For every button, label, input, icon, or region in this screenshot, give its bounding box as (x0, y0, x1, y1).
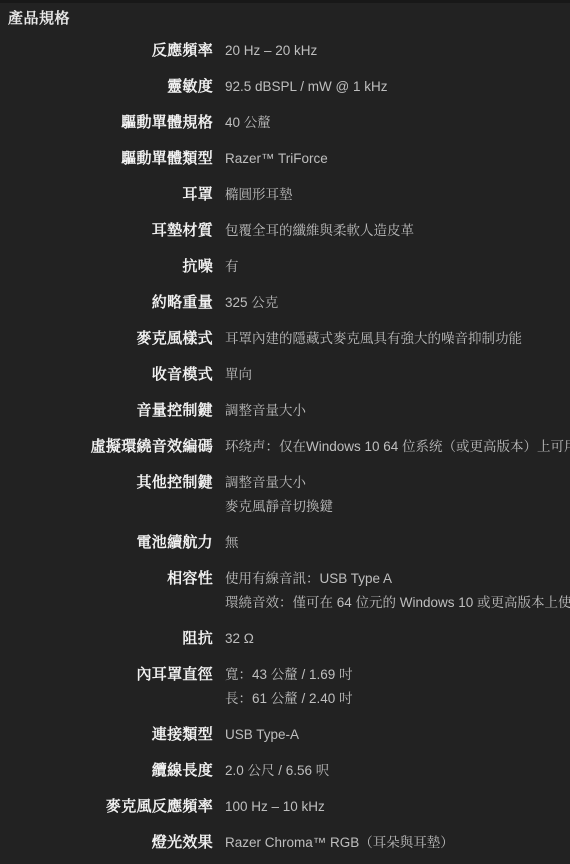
spec-value: 包覆全耳的纖維與柔軟人造皮革 (225, 219, 570, 243)
spec-row: 纜線長度 2.0 公尺 / 6.56 呎 (0, 759, 570, 783)
spec-value: 环绕声：仅在Windows 10 64 位系统（或更高版本）上可用 (225, 435, 570, 459)
spec-value: 單向 (225, 363, 570, 387)
spec-table: 反應頻率 20 Hz – 20 kHz 靈敏度 92.5 dBSPL / mW … (0, 39, 570, 855)
spec-value-line: Razer™ TriForce (225, 147, 570, 171)
spec-row: 收音模式 單向 (0, 363, 570, 387)
spec-value: 寬：43 公釐 / 1.69 吋長：61 公釐 / 2.40 吋 (225, 663, 570, 711)
spec-row: 虛擬環繞音效編碼 环绕声：仅在Windows 10 64 位系统（或更高版本）上… (0, 435, 570, 459)
spec-label: 音量控制鍵 (0, 399, 213, 423)
spec-row: 其他控制鍵 調整音量大小麥克風靜音切換鍵 (0, 471, 570, 519)
spec-label: 其他控制鍵 (0, 471, 213, 519)
spec-label: 電池續航力 (0, 531, 213, 555)
spec-label: 麥克風反應頻率 (0, 795, 213, 819)
spec-value-line: 325 公克 (225, 291, 570, 315)
spec-value: 325 公克 (225, 291, 570, 315)
spec-value: 橢圓形耳墊 (225, 183, 570, 207)
spec-row: 麥克風反應頻率 100 Hz – 10 kHz (0, 795, 570, 819)
spec-label: 耳罩 (0, 183, 213, 207)
spec-value-line: 使用有線音訊：USB Type A (225, 567, 570, 591)
spec-row: 內耳罩直徑 寬：43 公釐 / 1.69 吋長：61 公釐 / 2.40 吋 (0, 663, 570, 711)
spec-value-line: 橢圓形耳墊 (225, 183, 570, 207)
spec-row: 相容性 使用有線音訊：USB Type A環繞音效：僅可在 64 位元的 Win… (0, 567, 570, 615)
spec-value-line: 100 Hz – 10 kHz (225, 795, 570, 819)
spec-value: USB Type-A (225, 723, 570, 747)
spec-row: 音量控制鍵 調整音量大小 (0, 399, 570, 423)
product-specs-section: 產品規格 反應頻率 20 Hz – 20 kHz 靈敏度 92.5 dBSPL … (0, 3, 570, 855)
spec-label: 相容性 (0, 567, 213, 615)
spec-label: 內耳罩直徑 (0, 663, 213, 711)
spec-row: 連接類型 USB Type-A (0, 723, 570, 747)
spec-label: 收音模式 (0, 363, 213, 387)
spec-value: 32 Ω (225, 627, 570, 651)
spec-value: 調整音量大小 (225, 399, 570, 423)
spec-row: 靈敏度 92.5 dBSPL / mW @ 1 kHz (0, 75, 570, 99)
spec-label: 虛擬環繞音效編碼 (0, 435, 213, 459)
spec-row: 耳墊材質 包覆全耳的纖維與柔軟人造皮革 (0, 219, 570, 243)
spec-value-line: 环绕声：仅在Windows 10 64 位系统（或更高版本）上可用 (225, 435, 570, 459)
spec-value-line: Razer Chroma™ RGB（耳朵與耳墊） (225, 831, 570, 855)
spec-label: 反應頻率 (0, 39, 213, 63)
spec-value: 調整音量大小麥克風靜音切換鍵 (225, 471, 570, 519)
spec-value-line: 92.5 dBSPL / mW @ 1 kHz (225, 75, 570, 99)
spec-label: 連接類型 (0, 723, 213, 747)
spec-row: 阻抗 32 Ω (0, 627, 570, 651)
spec-value: 92.5 dBSPL / mW @ 1 kHz (225, 75, 570, 99)
spec-row: 驅動單體規格 40 公釐 (0, 111, 570, 135)
spec-value-line: 32 Ω (225, 627, 570, 651)
spec-value-line: 20 Hz – 20 kHz (225, 39, 570, 63)
spec-row: 驅動單體類型 Razer™ TriForce (0, 147, 570, 171)
spec-value-line: 長：61 公釐 / 2.40 吋 (225, 687, 570, 711)
spec-label: 約略重量 (0, 291, 213, 315)
spec-label: 驅動單體規格 (0, 111, 213, 135)
spec-label: 驅動單體類型 (0, 147, 213, 171)
spec-value: 無 (225, 531, 570, 555)
spec-value-line: USB Type-A (225, 723, 570, 747)
spec-label: 麥克風樣式 (0, 327, 213, 351)
spec-value: 100 Hz – 10 kHz (225, 795, 570, 819)
spec-value: 有 (225, 255, 570, 279)
spec-value-line: 包覆全耳的纖維與柔軟人造皮革 (225, 219, 570, 243)
spec-value-line: 耳罩內建的隱藏式麥克風具有強大的噪音抑制功能 (225, 327, 570, 351)
spec-row: 電池續航力 無 (0, 531, 570, 555)
spec-value: 20 Hz – 20 kHz (225, 39, 570, 63)
spec-label: 纜線長度 (0, 759, 213, 783)
spec-value: Razer™ TriForce (225, 147, 570, 171)
spec-value-line: 寬：43 公釐 / 1.69 吋 (225, 663, 570, 687)
spec-row: 反應頻率 20 Hz – 20 kHz (0, 39, 570, 63)
spec-value-line: 調整音量大小 (225, 471, 570, 495)
spec-label: 抗噪 (0, 255, 213, 279)
spec-value: Razer Chroma™ RGB（耳朵與耳墊） (225, 831, 570, 855)
spec-value-line: 有 (225, 255, 570, 279)
spec-label: 靈敏度 (0, 75, 213, 99)
section-title: 產品規格 (8, 7, 570, 31)
spec-value: 40 公釐 (225, 111, 570, 135)
spec-value-line: 2.0 公尺 / 6.56 呎 (225, 759, 570, 783)
spec-row: 抗噪 有 (0, 255, 570, 279)
spec-value-line: 調整音量大小 (225, 399, 570, 423)
spec-label: 耳墊材質 (0, 219, 213, 243)
spec-value-line: 無 (225, 531, 570, 555)
spec-row: 燈光效果 Razer Chroma™ RGB（耳朵與耳墊） (0, 831, 570, 855)
spec-label: 燈光效果 (0, 831, 213, 855)
spec-value-line: 單向 (225, 363, 570, 387)
spec-row: 麥克風樣式 耳罩內建的隱藏式麥克風具有強大的噪音抑制功能 (0, 327, 570, 351)
spec-value-line: 40 公釐 (225, 111, 570, 135)
spec-row: 耳罩 橢圓形耳墊 (0, 183, 570, 207)
spec-label: 阻抗 (0, 627, 213, 651)
spec-row: 約略重量 325 公克 (0, 291, 570, 315)
spec-value-line: 環繞音效：僅可在 64 位元的 Windows 10 或更高版本上使用 (225, 591, 570, 615)
spec-value-line: 麥克風靜音切換鍵 (225, 495, 570, 519)
spec-value: 使用有線音訊：USB Type A環繞音效：僅可在 64 位元的 Windows… (225, 567, 570, 615)
spec-value: 2.0 公尺 / 6.56 呎 (225, 759, 570, 783)
spec-value: 耳罩內建的隱藏式麥克風具有強大的噪音抑制功能 (225, 327, 570, 351)
